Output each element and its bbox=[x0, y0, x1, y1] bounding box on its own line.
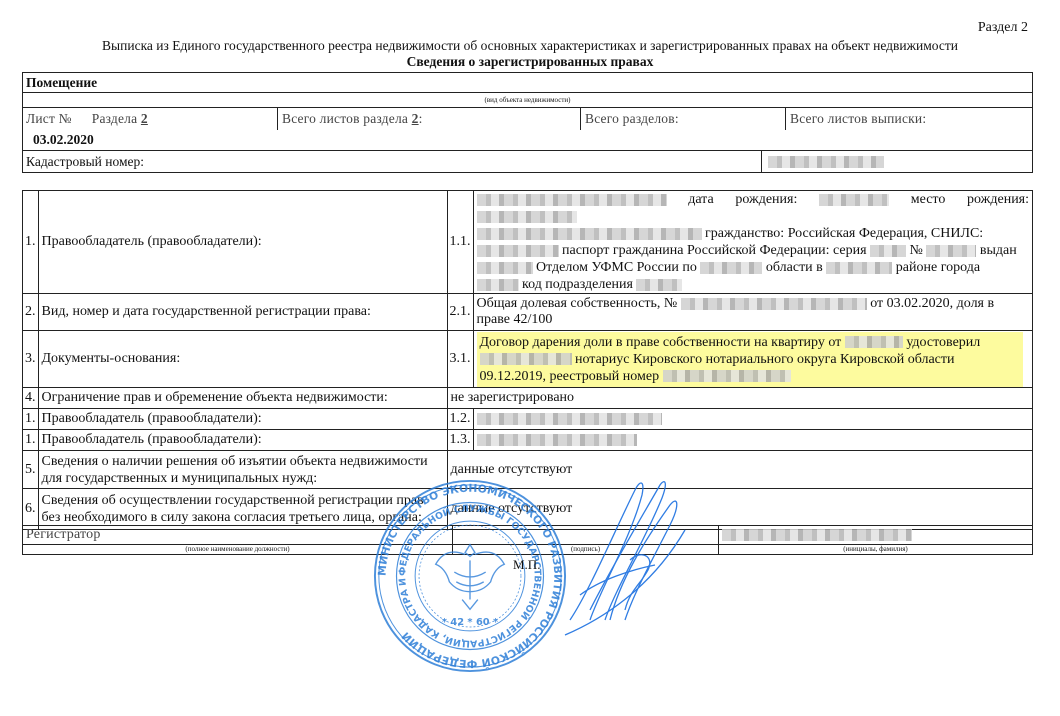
row-subnumber: 3.1. bbox=[447, 331, 473, 388]
object-info-table: Помещение (вид объекта недвижимости) Лис… bbox=[22, 72, 1033, 173]
row-number: 1. bbox=[23, 409, 39, 430]
sheet-label: Лист № bbox=[26, 111, 72, 127]
document-subtitle: Сведения о зарегистрированных правах bbox=[0, 54, 1060, 70]
table-row: 1. Правообладатель (правообладатели): 1.… bbox=[23, 430, 1033, 451]
row-label: Правообладатель (правообладатели): bbox=[38, 191, 447, 294]
official-stamp-icon: МИНИСТЕРСТВО ЭКОНОМИЧЕСКОГО РАЗВИТИЯ РОС… bbox=[372, 478, 568, 674]
encumbrance-value: не зарегистрировано bbox=[447, 388, 1033, 409]
document-title: Выписка из Единого государственного реес… bbox=[0, 38, 1060, 54]
owner-redacted bbox=[477, 434, 637, 446]
row-number: 1. bbox=[23, 191, 39, 294]
table-row: 1. Правообладатель (правообладатели): 1.… bbox=[23, 191, 1033, 294]
total-extract-sheets-label: Всего листов выписки: bbox=[790, 111, 926, 127]
total-section-sheets-value: 2 bbox=[412, 111, 419, 127]
row-number: 3. bbox=[23, 331, 39, 388]
row-subnumber: 2.1. bbox=[447, 294, 473, 331]
table-row: 2. Вид, номер и дата государственной рег… bbox=[23, 294, 1033, 331]
extract-date: 03.02.2020 bbox=[33, 132, 94, 148]
total-sections-label: Всего разделов: bbox=[585, 111, 679, 127]
section-label: Раздел 2 bbox=[978, 20, 1028, 36]
object-type: Помещение bbox=[23, 73, 1033, 93]
row-number: 6. bbox=[23, 489, 39, 530]
svg-text:* 42 * 60 *: * 42 * 60 * bbox=[442, 617, 498, 628]
owner-redacted bbox=[477, 413, 662, 425]
row-subnumber: 1.3. bbox=[447, 430, 473, 451]
basis-documents: Договор дарения доли в праве собственнос… bbox=[473, 331, 1033, 388]
table-row: 4. Ограничение прав и обременение объект… bbox=[23, 388, 1033, 409]
row-label: Правообладатель (правообладатели): bbox=[38, 430, 447, 451]
row-label: Вид, номер и дата государственной регист… bbox=[38, 294, 447, 331]
section-sheet-label: Раздела bbox=[92, 111, 138, 127]
seal-label: М.П. bbox=[513, 557, 540, 573]
cadastral-label: Кадастровый номер: bbox=[23, 151, 762, 173]
total-section-sheets-label: Всего листов раздела bbox=[282, 111, 408, 127]
signature-icon bbox=[560, 470, 690, 640]
registrar-name-redacted bbox=[722, 529, 912, 541]
row-number: 5. bbox=[23, 451, 39, 489]
row-number: 2. bbox=[23, 294, 39, 331]
object-type-caption: (вид объекта недвижимости) bbox=[23, 93, 1033, 108]
table-row: 1. Правообладатель (правообладатели): 1.… bbox=[23, 409, 1033, 430]
row-subnumber: 1.2. bbox=[447, 409, 473, 430]
name-caption: (инициалы, фамилия) bbox=[719, 545, 1033, 555]
row-number: 4. bbox=[23, 388, 39, 409]
registration-details: Общая долевая собственность, № от 03.02.… bbox=[473, 294, 1033, 331]
row-label: Правообладатель (правообладатели): bbox=[38, 409, 447, 430]
table-row: 3. Документы-основания: 3.1. Договор дар… bbox=[23, 331, 1033, 388]
cadastral-number-redacted bbox=[768, 156, 884, 168]
row-number: 1. bbox=[23, 430, 39, 451]
owner-details: дата рождения: место рождения: гражданст… bbox=[473, 191, 1033, 294]
row-label: Ограничение прав и обременение объекта н… bbox=[38, 388, 447, 409]
section-sheet-value: 2 bbox=[141, 111, 148, 127]
total-section-sheets-suffix: : bbox=[419, 111, 423, 127]
row-subnumber: 1.1. bbox=[447, 191, 473, 294]
row-label: Документы-основания: bbox=[38, 331, 447, 388]
